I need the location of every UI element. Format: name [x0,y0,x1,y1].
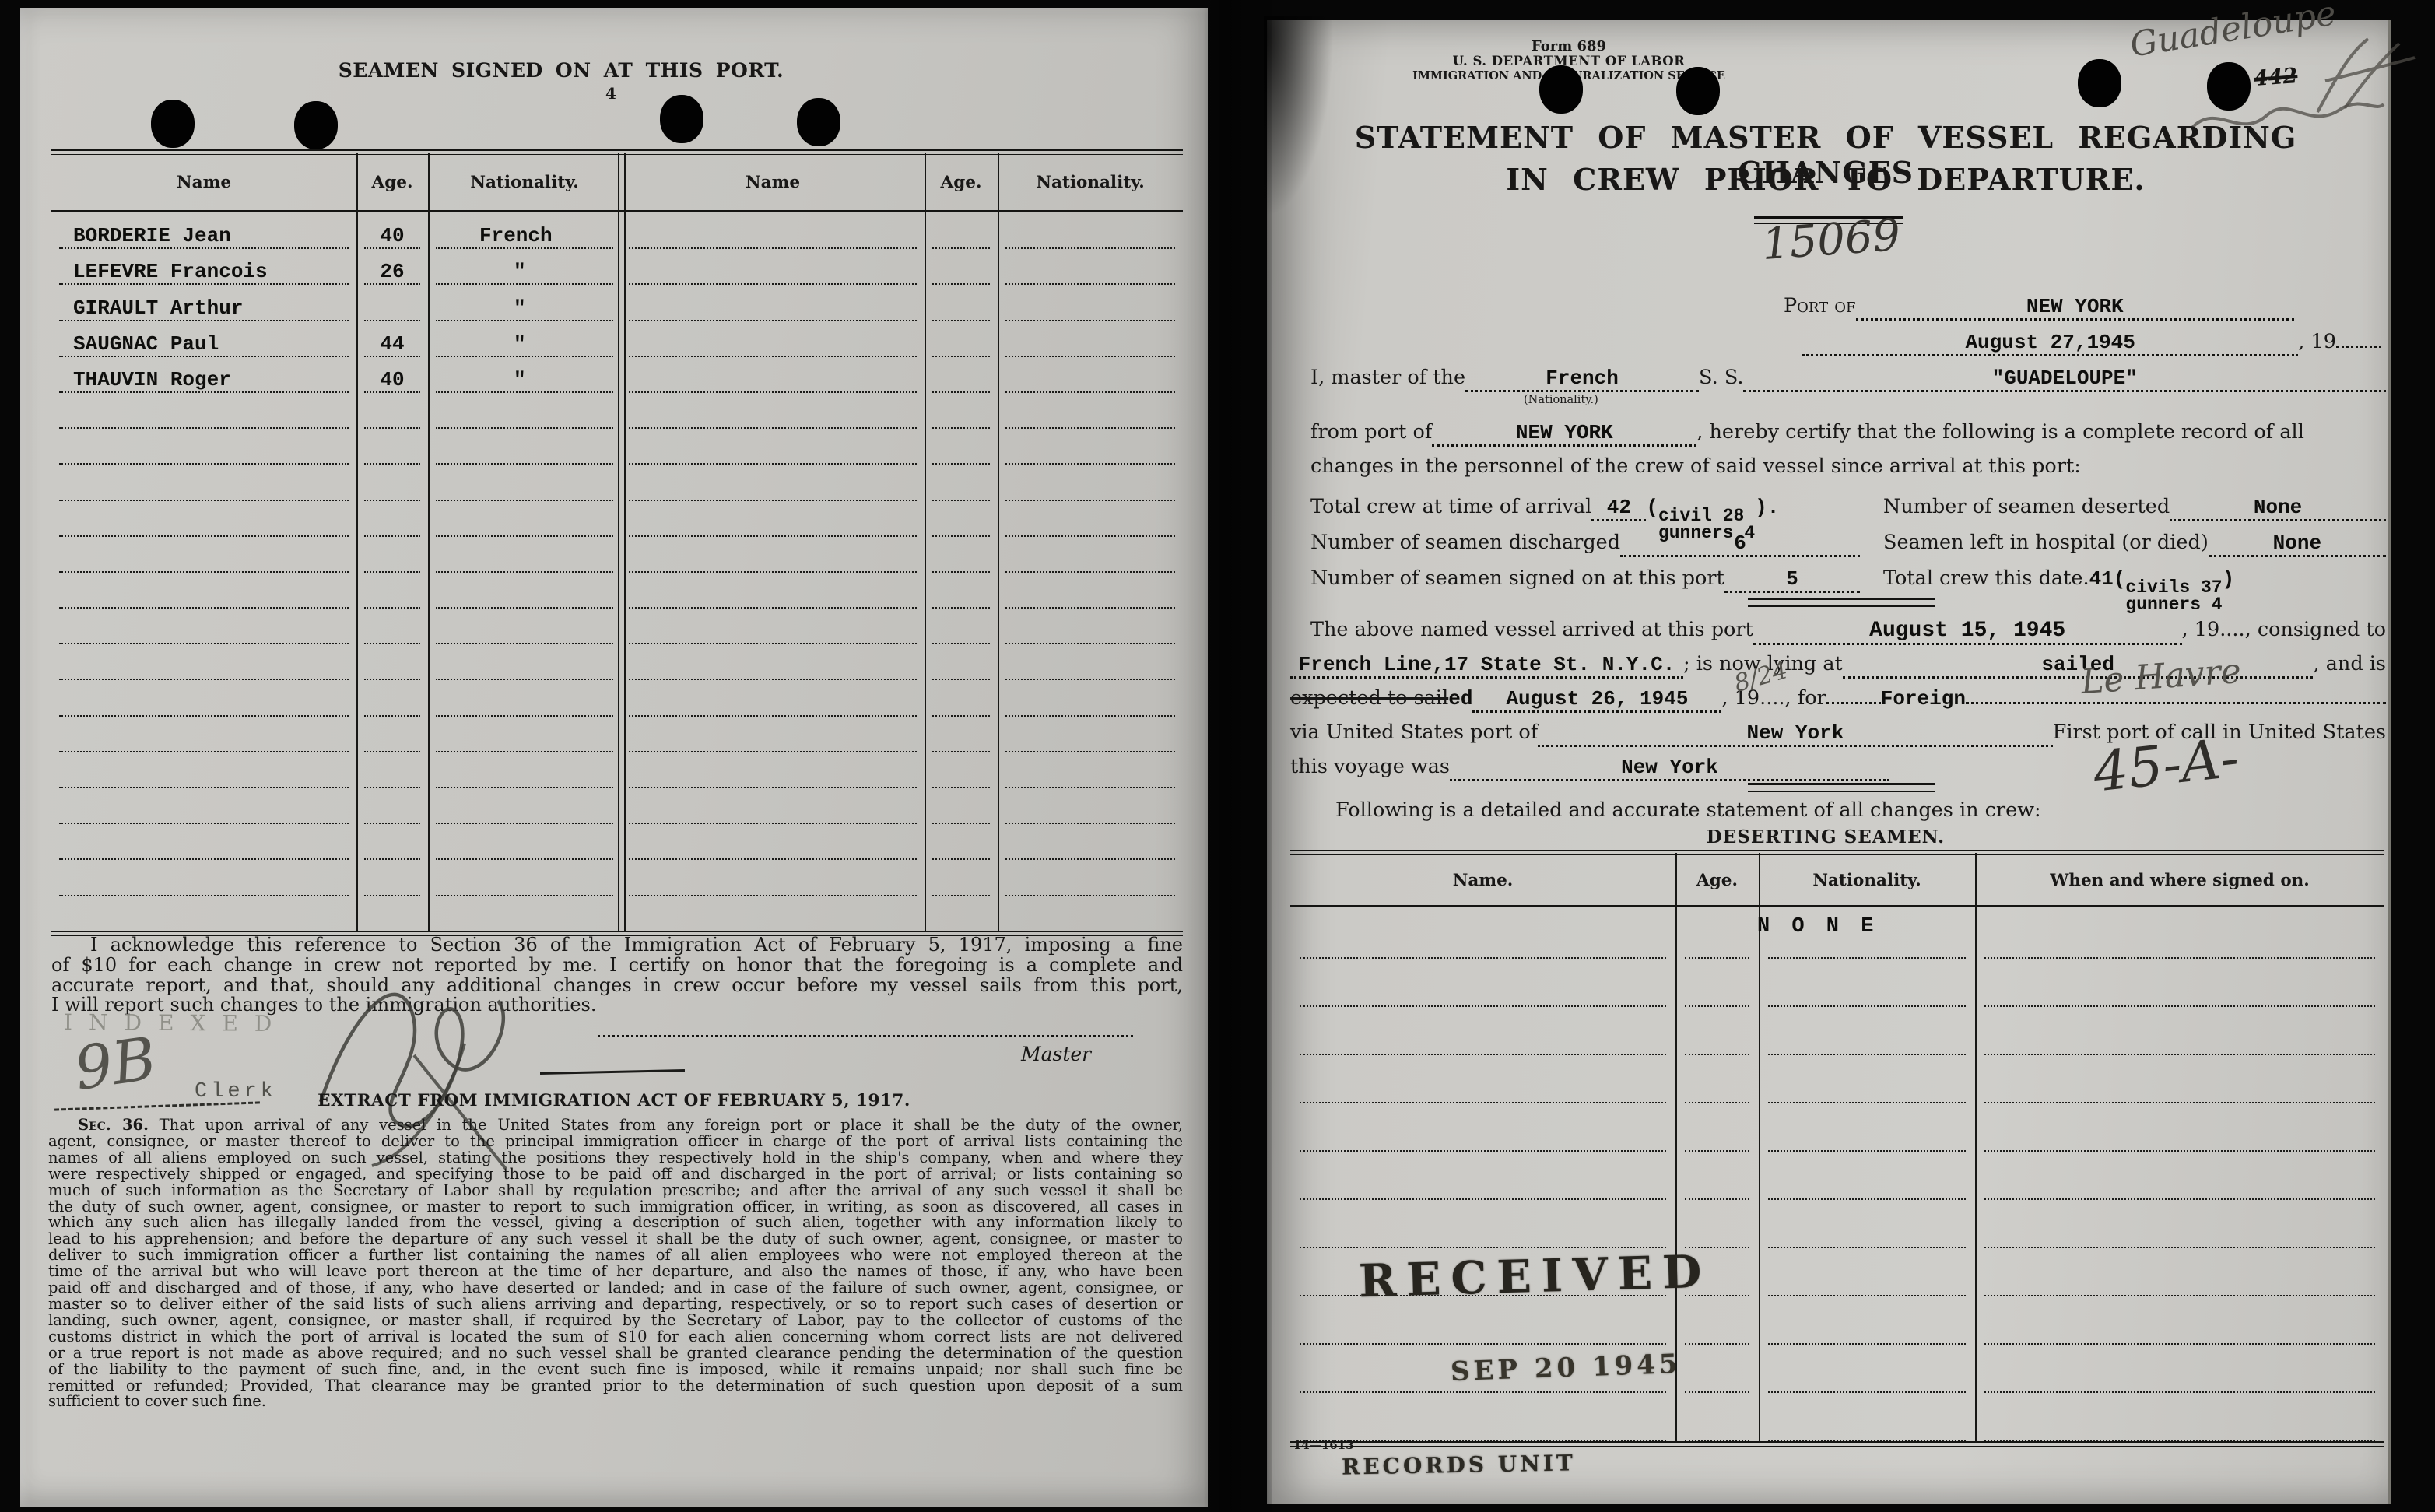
table-row: BORDERIE Jean 40 French [51,213,1183,249]
table-row-empty [51,717,1183,752]
seamen-table-title: SEAMEN SIGNED ON AT THIS PORT. [20,59,1102,82]
table-row-empty [1290,1200,2384,1248]
seaman-name: LEFEVRE Francois [59,249,349,285]
page-number: 4 [605,84,616,103]
extract-line: lead to his apprehension; and before the… [48,1231,1183,1247]
voyage-line: this voyage was New York [1290,755,1889,781]
acknowledgment-paragraph: I acknowledge this reference to Section … [51,935,1183,1016]
date-suffix: , 19 [2298,330,2336,353]
seaman-nationality: " [436,357,613,393]
form-code: 14—1613 [1293,1438,1354,1452]
seaman-name: GIRAULT Arthur [59,285,349,321]
table-row-empty [1290,1103,2384,1152]
col-nationality: Nationality. [998,173,1183,192]
port-of-line: Port of NEW YORK [1784,294,2294,321]
date-line: August 27,1945 , 19 [1802,330,2381,356]
hospital-field: None [2209,531,2386,557]
extract-line: Sec. 36. That upon arrival of any vessel… [48,1117,1183,1134]
ack-line: of $10 for each change in crew not repor… [51,956,1183,976]
column-line [1975,853,1977,1443]
stat-signed-on: Number of seamen signed on at this port … [1310,567,1860,593]
seaman-name: THAUVIN Roger [59,357,349,393]
column-line [1759,853,1760,1443]
col-nationality: Nationality. [428,173,621,192]
seaman-age: 44 [364,321,420,357]
punch-hole [660,95,703,143]
extract-line: names of all aliens employed on such ves… [48,1150,1183,1166]
extract-line: sufficient to cover such fine. [48,1394,1183,1410]
header-rule [1290,905,2384,910]
table-row: LEFEVRE Francois 26 " [51,249,1183,285]
col-name: Name [621,173,925,192]
seaman-name: BORDERIE Jean [59,213,349,249]
received-stamp: RECEIVED [1358,1245,1712,1308]
struck-expected-to-sail: expected to sail [1290,686,1448,710]
table-row-empty [51,752,1183,788]
punch-hole [1676,67,1720,115]
lying-at-field: sailed [1843,652,2314,679]
table-row-empty [51,393,1183,429]
port-of-value-field: NEW YORK [1856,294,2294,321]
right-page: Form 689 U. S. DEPARTMENT OF LABOR IMMIG… [1267,20,2391,1504]
table-top-rule [1290,850,2384,855]
vessel-field: "GUADELOUPE" [1743,366,2386,392]
table-row-empty [1290,1152,2384,1200]
left-page: SEAMEN SIGNED ON AT THIS PORT. 4 Name Ag… [20,8,1208,1507]
records-unit-stamp: RECORDS UNIT [1342,1450,1576,1479]
voyage-port-field: New York [1450,755,1889,781]
punch-hole [2078,59,2121,107]
extract-line: the duty of such owner, agent, consignee… [48,1199,1183,1216]
table-row-empty [51,860,1183,896]
nationality-field: French [1465,366,1699,392]
arrived-line: The above named vessel arrived at this p… [1310,618,2386,645]
table-row-empty [1290,1055,2384,1103]
table-row-empty [51,465,1183,500]
page-fold [1203,0,1272,1512]
total-breakdown: civils 37 gunners 4 [2125,579,2222,613]
punch-hole [1539,65,1583,114]
col-age: Age. [356,173,428,192]
ack-line: accurate report, and that, should any ad… [51,976,1183,996]
col-signed-on: When and where signed on. [1975,871,2384,890]
extract-line: agent, consignee, or master thereof to d… [48,1134,1183,1150]
table-row: SAUGNAC Paul 44 " [51,321,1183,357]
form-title-line2: IN CREW PRIOR TO DEPARTURE. [1267,162,2384,197]
extract-line: remitted or refunded; Provided, That cle… [48,1378,1183,1394]
col-nationality: Nationality. [1759,871,1975,890]
stat-arrival: Total crew at time of arrival 42 ( civil… [1310,495,1860,534]
master-label: Master [1021,1043,1091,1065]
extract-line: of the liability to the payment of such … [48,1362,1183,1378]
destination-field [1966,702,2386,704]
stat-discharged: Number of seamen discharged 6 [1310,531,1860,557]
following-line: Following is a detailed and accurate sta… [1335,798,2041,822]
extract-line: much of such information as the Secretar… [48,1183,1183,1199]
blank-field [1826,702,1881,704]
table-row-empty [1290,1393,2384,1441]
seaman-nationality: " [436,321,613,357]
stat-deserted: Number of seamen deserted None [1883,495,2386,521]
seaman-nationality: French [436,213,613,249]
extract-title: EXTRACT FROM IMMIGRATION ACT OF FEBRUARY… [20,1091,1208,1110]
table-row-empty [51,501,1183,537]
seaman-nationality: " [436,249,613,285]
ack-line: I acknowledge this reference to Section … [51,935,1183,956]
col-age: Age. [925,173,998,192]
seamen-table-header: Name Age. Nationality. Name Age. Nationa… [51,153,1183,212]
seaman-age [364,285,420,321]
seaman-age: 40 [364,357,420,393]
extract-body: Sec. 36. That upon arrival of any vessel… [48,1117,1183,1410]
table-row-empty [51,788,1183,824]
year-field [2336,346,2381,348]
extract-line: master so to deliver either of the said … [48,1296,1183,1313]
deserting-table-header: Name. Age. Nationality. When and where s… [1290,855,2384,905]
table-bottom-rule [1290,1441,2384,1447]
stat-total: Total crew this date. 41( civils 37 gunn… [1883,567,2386,605]
master-signature-line [598,1035,1133,1037]
extract-line: customs district in which the port of ar… [48,1329,1183,1345]
seaman-age: 40 [364,213,420,249]
handwritten-file-number: 15069 [1760,210,1902,270]
none-entry: N O N E [1757,915,1878,938]
scanned-document: SEAMEN SIGNED ON AT THIS PORT. 4 Name Ag… [0,0,2435,1512]
seaman-nationality: " [436,285,613,321]
arrival-date-field: August 15, 1945 [1753,618,2182,645]
col-age: Age. [1675,871,1759,890]
extract-line: which any such alien has illegally lande… [48,1215,1183,1231]
col-name: Name [51,173,356,192]
handwritten-scribble [2302,34,2419,128]
table-row-empty [51,680,1183,716]
seaman-age: 26 [364,249,420,285]
table-row-empty [51,537,1183,573]
table-row: THAUVIN Roger 40 " [51,357,1183,393]
punch-hole [151,100,195,148]
discharged-field: 6 [1620,531,1860,557]
table-row-empty [51,573,1183,609]
table-row-empty [51,644,1183,680]
from-port-field: NEW YORK [1432,420,1696,447]
punch-hole [294,101,338,149]
via-port-field: New York [1538,721,2052,747]
from-port-line: from port of NEW YORK , hereby certify t… [1310,420,2386,447]
table-row-empty [51,609,1183,644]
table-row: GIRAULT Arthur " [51,285,1183,321]
extract-line: time of the arrival but who will leave p… [48,1264,1183,1280]
extract-line: landing, such owner, agent, consignee, o… [48,1313,1183,1329]
form-number: Form 689 [1367,39,1771,54]
deserting-seamen-title: DESERTING SEAMEN. [1267,826,2384,847]
master-line: I, master of the French S. S. "GUADELOUP… [1310,366,2386,392]
section-rule [1748,783,1935,792]
consignee-field: French Line,17 State St. N.Y.C. [1290,652,1683,679]
extract-line: paid off and discharged and of those, if… [48,1280,1183,1296]
certify-text: , hereby certify that the following is a… [1696,420,2304,444]
sail-date-field: August 26, 1945 [1472,686,1721,713]
seaman-name: SAUGNAC Paul [59,321,349,357]
table-row-empty [1290,959,2384,1007]
nationality-caption: (Nationality.) [1524,394,1598,406]
extract-line: deliver to such immigration officer a fu… [48,1247,1183,1264]
port-of-label: Port of [1784,294,1856,317]
arrival-count-field: 42 [1591,495,1646,521]
from-port-label: from port of [1310,420,1432,444]
header-rule [51,210,1183,212]
table-row-empty [51,824,1183,860]
table-row-empty [1290,1007,2384,1055]
table-row-empty [51,896,1183,932]
deserted-field: None [2170,495,2386,521]
seamen-rows: BORDERIE Jean 40 French LEFEVRE Francois… [51,213,1183,932]
master-prefix: I, master of the [1310,366,1465,389]
empty-rows [51,393,1183,932]
punch-hole [797,98,840,146]
date-field: August 27,1945 [1802,330,2298,356]
stat-hospital: Seamen left in hospital (or died) None [1883,531,2386,557]
section-rule [1748,598,1935,607]
col-name: Name. [1290,871,1675,890]
changes-line: changes in the personnel of the crew of … [1310,454,2081,478]
extract-line: were respectively shipped or engaged, an… [48,1166,1183,1183]
extract-line: or a true report is not made as above re… [48,1345,1183,1362]
section-lead: Sec. 36. [78,1116,149,1134]
signed-on-field: 5 [1724,567,1860,593]
table-row-empty [51,429,1183,465]
ss-label: S. S. [1699,366,1743,389]
